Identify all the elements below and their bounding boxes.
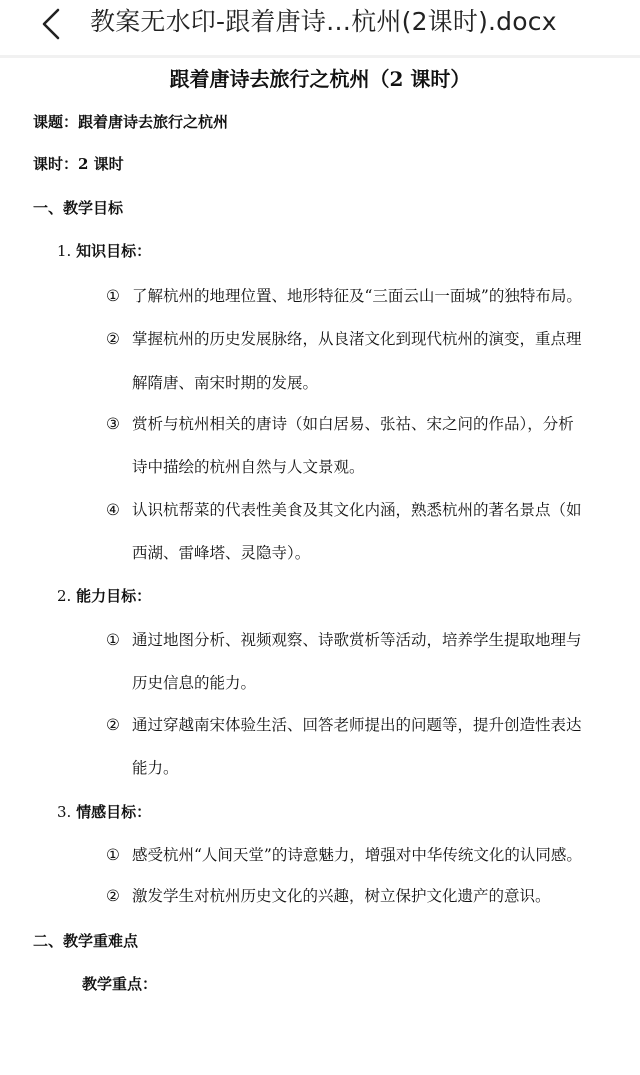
goal-heading-ability: 2. 能力目标： (57, 585, 151, 607)
goal-heading-knowledge: 1. 知识目标： (57, 240, 151, 262)
list-item: ②掌握杭州的历史发展脉络，从良渚文化到现代杭州的演变，重点理 (106, 328, 582, 350)
list-item-continuation: 诗中描绘的杭州自然与人文景观。 (132, 456, 365, 478)
list-item-continuation: 能力。 (132, 757, 179, 779)
list-item: ②激发学生对杭州历史文化的兴趣，树立保护文化遗产的意识。 (106, 885, 551, 907)
section-heading-key-points: 二、教学重难点 (33, 930, 138, 952)
list-item-continuation: 历史信息的能力。 (132, 672, 256, 694)
goal-heading-emotion: 3. 情感目标： (57, 801, 151, 823)
list-item-continuation: 解隋唐、南宋时期的发展。 (132, 372, 318, 394)
list-item: ①感受杭州“人间天堂”的诗意魅力，增强对中华传统文化的认同感。 (106, 844, 582, 866)
topic-line: 课题：跟着唐诗去旅行之杭州 (33, 111, 228, 133)
list-item: ①了解杭州的地理位置、地形特征及“三面云山一面城”的独特布局。 (106, 285, 582, 307)
hours-line: 课时：2 课时 (33, 153, 124, 175)
sub-heading-teaching-focus: 教学重点： (82, 973, 157, 995)
top-bar: 教案无水印-跟着唐诗…杭州(2课时).docx (0, 0, 640, 58)
list-item: ④认识杭帮菜的代表性美食及其文化内涵，熟悉杭州的著名景点（如 (106, 499, 582, 521)
document-title: 教案无水印-跟着唐诗…杭州(2课时).docx (90, 4, 557, 40)
list-item: ①通过地图分析、视频观察、诗歌赏析等活动，培养学生提取地理与 (106, 629, 582, 651)
list-item-continuation: 西湖、雷峰塔、灵隐寺）。 (132, 542, 310, 564)
chevron-left-icon (34, 6, 74, 42)
section-heading-goals: 一、教学目标 (33, 197, 123, 219)
back-button[interactable] (34, 6, 74, 42)
list-item: ③赏析与杭州相关的唐诗（如白居易、张祜、宋之问的作品），分析 (106, 413, 574, 435)
list-item: ②通过穿越南宋体验生活、回答老师提出的问题等，提升创造性表达 (106, 714, 582, 736)
doc-heading: 跟着唐诗去旅行之杭州（2 课时） (0, 64, 640, 94)
